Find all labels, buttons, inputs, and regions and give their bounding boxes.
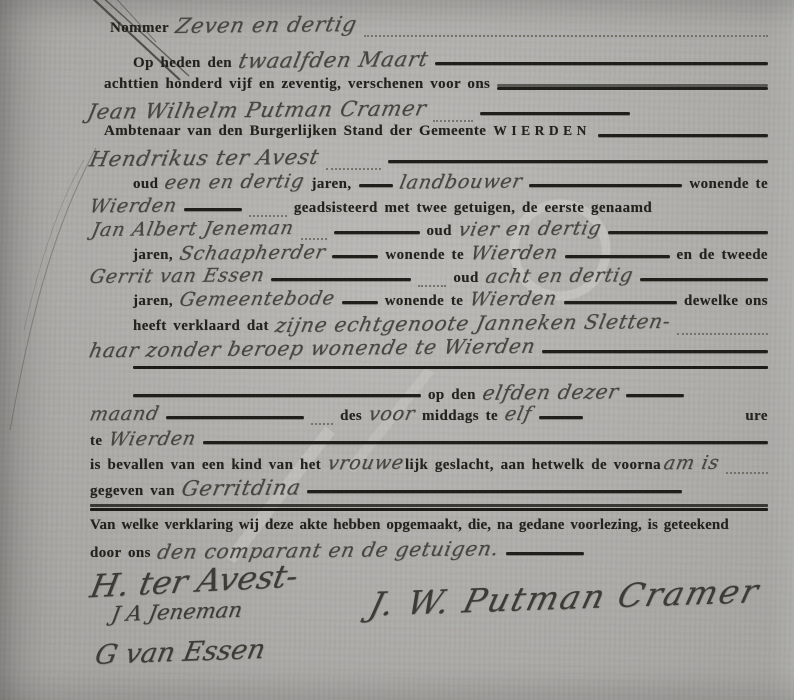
oud-label: oud	[453, 270, 478, 287]
dotted-leader	[726, 468, 768, 474]
op-den-label: op den	[428, 387, 476, 404]
verklaring-handwritten-2: haar zonder beroep wonende te Wierden	[87, 334, 538, 363]
filler-line	[640, 278, 768, 281]
line-geslacht: is bevallen van een kind van het vrouwe …	[90, 452, 768, 474]
dotted-leader	[364, 31, 768, 37]
spacer	[590, 421, 739, 425]
line-verklaring-1: heeft verklaard dat zijne echtgenoote Ja…	[133, 311, 768, 335]
dotted-leader	[326, 164, 381, 170]
filler-line	[133, 394, 421, 397]
signature-getuige-1: J A Jeneman	[109, 598, 244, 627]
gemeente-naam: WIERDEN	[493, 123, 591, 139]
filler-line	[332, 255, 378, 258]
geadsisteerd-regel: geadsisteerd met twee getuigen, de eerst…	[294, 200, 652, 217]
getuige1-woonplaats-handwritten: Wierden	[469, 242, 560, 265]
line-jaar: achttien honderd vijf en zeventig, versc…	[104, 76, 768, 93]
wonende-te-label: wonende te	[385, 247, 464, 264]
filler-line	[506, 552, 584, 555]
dewelke-ons-label: dewelke ons	[684, 293, 768, 310]
dagdeel-handwritten: voor	[367, 403, 417, 425]
verklaring-handwritten-1: zijne echtgenoote Janneken Sletten-	[273, 309, 673, 337]
line-getuige1-naam: Jan Albert Jeneman oud vier en dertig	[92, 218, 768, 240]
line-getuige2-naam: Gerrit van Essen oud acht en dertig	[90, 265, 768, 287]
slot-regel: Van welke verklaring wij deze akte hebbe…	[90, 517, 729, 534]
nommer-value-handwritten: Zeven en dertig	[173, 12, 359, 38]
filler-line	[184, 208, 242, 211]
gegeven-van-label: gegeven van	[90, 483, 175, 500]
filler-line	[564, 301, 677, 304]
line-geboortedag: op den elfden dezer	[133, 380, 768, 404]
ambtenaar-regel: Ambtenaar van den Burgerlijken Stand der…	[104, 123, 486, 140]
line-kindnaam: gegeven van Gerritdina	[90, 476, 768, 500]
filler-line	[334, 231, 420, 234]
wonende-te-label: wonende te	[385, 293, 464, 310]
filler-line	[565, 255, 670, 258]
filler-line	[203, 441, 768, 444]
te-label: te	[90, 433, 102, 450]
horizontal-rule	[133, 366, 768, 369]
filler-line	[388, 160, 768, 163]
geslacht-handwritten: vrouwe	[326, 452, 406, 475]
middags-te-label: middags te	[422, 408, 498, 425]
line-slot: Van welke verklaring wij deze akte hebbe…	[90, 517, 768, 534]
jaren-label: jaren,	[133, 293, 173, 310]
line-comparant-leeftijd-beroep: oud een en dertig jaren, landbouwer wone…	[133, 171, 768, 193]
dotted-leader	[301, 234, 327, 240]
getuige2-woonplaats-handwritten: Wierden	[468, 288, 559, 311]
wonende-te-label: wonende te	[689, 176, 768, 193]
comparant-beroep-handwritten: landbouwer	[397, 170, 524, 193]
heeft-verklaard-dat-label: heeft verklaard dat	[133, 318, 269, 335]
filler-line	[359, 184, 393, 187]
comparant-woonplaats-handwritten: Wierden	[88, 195, 179, 218]
kind-naam-handwritten: Gerritdina	[179, 475, 303, 500]
geboortedag-handwritten: elfden dezer	[480, 379, 621, 404]
line-getuige2-beroep: jaren, Gemeentebode wonende te Wierden d…	[133, 288, 768, 310]
line-getuige1-beroep: jaren, Schaapherder wonende te Wierden e…	[133, 242, 768, 264]
filler-line	[539, 416, 583, 419]
comparant-naam-handwritten: Hendrikus ter Avest	[87, 145, 321, 171]
signature-ambtenaar: J. W. Putman Cramer	[365, 571, 764, 623]
filler-line	[435, 62, 768, 65]
dotted-leader	[418, 281, 446, 287]
maand-handwritten: maand	[88, 403, 162, 426]
filler-line	[608, 231, 768, 234]
jaar-regel: achttien honderd vijf en zeventig, versc…	[104, 76, 490, 93]
geboorteplaats-handwritten: Wierden	[107, 428, 198, 451]
filler-line	[626, 394, 684, 397]
datum-handwritten: twaalfden Maart	[236, 47, 430, 73]
jaren-label: jaren,	[133, 247, 173, 264]
getuige2-leeftijd-handwritten: acht en dertig	[483, 264, 635, 288]
slot-handwritten: den comparant en de getuigen.	[155, 536, 501, 564]
line-ambtenaar-regel: Ambtenaar van den Burgerlijken Stand der…	[104, 123, 768, 140]
dotted-leader	[677, 329, 768, 335]
signature-comparant: H. ter Avest-	[87, 557, 301, 606]
birth-certificate-scan: Nommer Zeven en dertig Op heden den twaa…	[0, 0, 794, 700]
uur-handwritten: elf	[503, 403, 534, 425]
filler-line	[307, 490, 682, 493]
line-ambtenaar-naam: Jean Wilhelm Putman Cramer	[88, 98, 768, 122]
door-ons-label: door ons	[90, 545, 151, 562]
oud-label: oud	[133, 176, 158, 193]
filler-line	[480, 112, 630, 115]
bevallen-regel: is bevallen van een kind van het	[90, 457, 321, 474]
filler-line	[529, 184, 683, 187]
dotted-leader	[433, 116, 473, 122]
filler-line	[542, 350, 768, 353]
dotted-leader	[311, 419, 333, 425]
ambtenaar-naam-handwritten: Jean Wilhelm Putman Cramer	[85, 96, 429, 124]
line-datum: Op heden den twaalfden Maart	[133, 48, 768, 72]
en-de-tweede-label: en de tweede	[677, 247, 768, 264]
filler-line	[166, 416, 304, 419]
horizontal-rule-double	[90, 508, 768, 511]
oud-label: oud	[427, 223, 452, 240]
getuige1-beroep-handwritten: Schaapherder	[178, 241, 328, 265]
getuige2-naam-handwritten: Gerrit van Essen	[88, 264, 267, 288]
getuige2-beroep-handwritten: Gemeentebode	[178, 287, 337, 311]
line-nommer: Nommer Zeven en dertig	[110, 13, 768, 37]
line-verklaring-2: haar zonder beroep wonende te Wierden	[90, 336, 768, 360]
op-heden-den-label: Op heden den	[133, 55, 232, 72]
comparant-leeftijd-handwritten: een en dertig	[163, 170, 307, 193]
ure-label: ure	[745, 408, 768, 425]
geslacht-rest-label: lijk geslacht, aan hetwelk de voorna	[405, 457, 661, 474]
line-tijdstip: maand des voor middags te elf ure	[90, 403, 768, 425]
signature-getuige-2: G van Essen	[92, 634, 268, 671]
line-door-ons: door ons den comparant en de getuigen.	[90, 538, 768, 562]
des-label: des	[340, 408, 362, 425]
filler-line	[342, 301, 378, 304]
filler-line	[271, 278, 411, 281]
filler-line	[598, 134, 768, 137]
jaren-label: jaren,	[311, 176, 351, 193]
line-geadsisteerd: Wierden geadsisteerd met twee getuigen, …	[90, 195, 768, 217]
voornaam-rest-handwritten: am is	[662, 452, 722, 475]
getuige1-leeftijd-handwritten: vier en dertig	[457, 217, 604, 240]
line-comparant: Hendrikus ter Avest	[90, 146, 768, 170]
getuige1-naam-handwritten: Jan Albert Jeneman	[90, 217, 296, 241]
filler-line	[497, 87, 768, 90]
nommer-label: Nommer	[110, 20, 169, 37]
line-geboorteplaats: te Wierden	[90, 428, 768, 450]
